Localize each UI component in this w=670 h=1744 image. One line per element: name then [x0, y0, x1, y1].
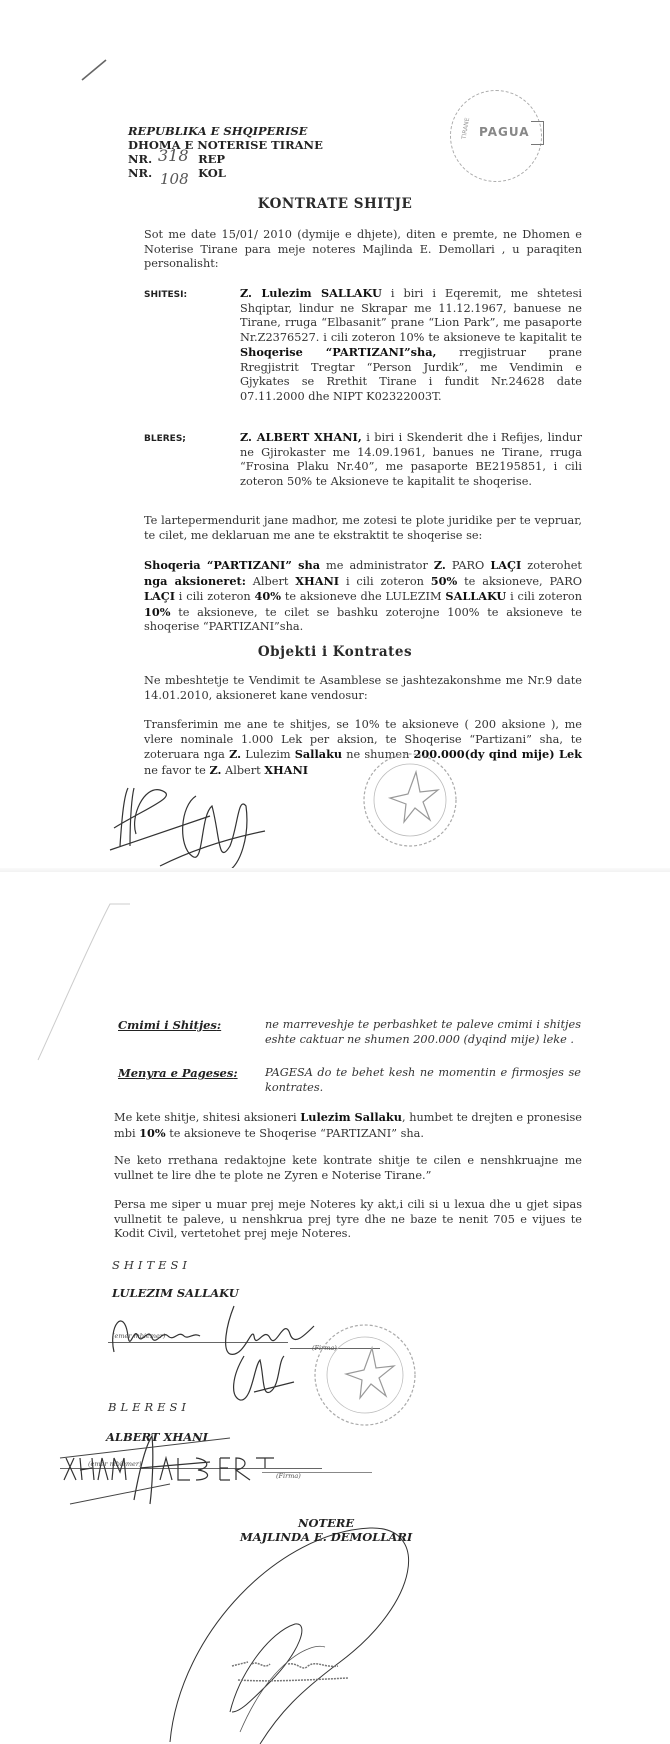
buyer-signature-icon [60, 1428, 290, 1508]
handwritten-rep-number: 318 [158, 146, 189, 165]
buyer-paragraph: Z. ALBERT XHANI, i biri i Skenderit dhe … [240, 430, 582, 489]
buyer-heading: BLERESI [108, 1400, 190, 1414]
object-basis-paragraph: Ne mbeshtetje te Vendimit te Asamblese s… [144, 674, 582, 703]
intro-paragraph: Sot me date 15/01/ 2010 (dymije e dhjete… [144, 228, 582, 272]
object-section-title: Objekti i Kontrates [0, 644, 670, 660]
payment-label: Menyra e Pageses: [118, 1066, 238, 1080]
club-stamp-icon [360, 750, 460, 850]
buyer-name: Z. ALBERT XHANI, [240, 430, 362, 444]
ownership-loss-paragraph: Me kete shitje, shitesi aksioneri Lulezi… [114, 1110, 582, 1141]
price-text: ne marreveshje te perbashket te paleve c… [265, 1018, 581, 1047]
company-name: Shoqerise “PARTIZANI”sha, [240, 345, 436, 359]
kol-label: KOL [198, 166, 226, 180]
paid-stamp-ring-text: TIRANE [461, 117, 472, 140]
seller-name: Z. Lulezim SALLAKU [240, 286, 382, 300]
contract-title: KONTRATE SHITJE [0, 196, 670, 212]
club-stamp-icon [310, 1320, 420, 1430]
notary-signature-loop-icon [160, 1512, 430, 1744]
page-fold-shadow-icon [30, 902, 130, 1022]
circumstances-paragraph: Ne keto rrethana redaktojne kete kontrat… [114, 1154, 582, 1183]
price-label: Cmimi i Shitjes: [118, 1018, 221, 1032]
declaration-paragraph: Te lartepermendurit jane madhor, me zote… [144, 514, 582, 543]
kol-number-row: NR. KOL [128, 166, 323, 180]
contract-page-1: REPUBLIKA E SHQIPERISE DHOMA E NOTERISE … [0, 0, 670, 872]
contract-page-2: Cmimi i Shitjes: ne marreveshje te perba… [0, 872, 670, 1744]
paid-stamp: PAGUA TIRANE [450, 90, 542, 182]
notary-title: NOTERE [298, 1516, 354, 1530]
signature-icon [100, 776, 270, 876]
paid-stamp-text: PAGUA [479, 125, 530, 139]
payment-text: PAGESA do te behet kesh ne momentin e fi… [265, 1066, 581, 1095]
notary-seal-impression-icon [228, 1652, 388, 1692]
notary-name: MAJLINDA E. DEMOLLARI [240, 1530, 412, 1544]
stamp-bracket [531, 121, 544, 145]
republic-label: REPUBLIKA E SHQIPERISE [128, 124, 323, 138]
seller-paragraph: Z. Lulezim SALLAKU i biri i Eqeremit, me… [240, 286, 582, 404]
closing-paragraph: Persa me siper u muar prej meje Noteres … [114, 1198, 582, 1242]
rep-label: REP [198, 152, 225, 166]
nr-label: NR. [128, 166, 152, 180]
nr-label: NR. [128, 152, 152, 166]
seller-heading: SHITESI [112, 1258, 191, 1272]
seller-label: SHITESI: [144, 290, 187, 300]
buyer-label: BLERES; [144, 434, 186, 444]
pen-mark-icon [80, 56, 110, 86]
shareholders-paragraph: Shoqeria “PARTIZANI” sha me administrato… [144, 558, 582, 635]
handwritten-kol-number: 108 [160, 170, 189, 188]
